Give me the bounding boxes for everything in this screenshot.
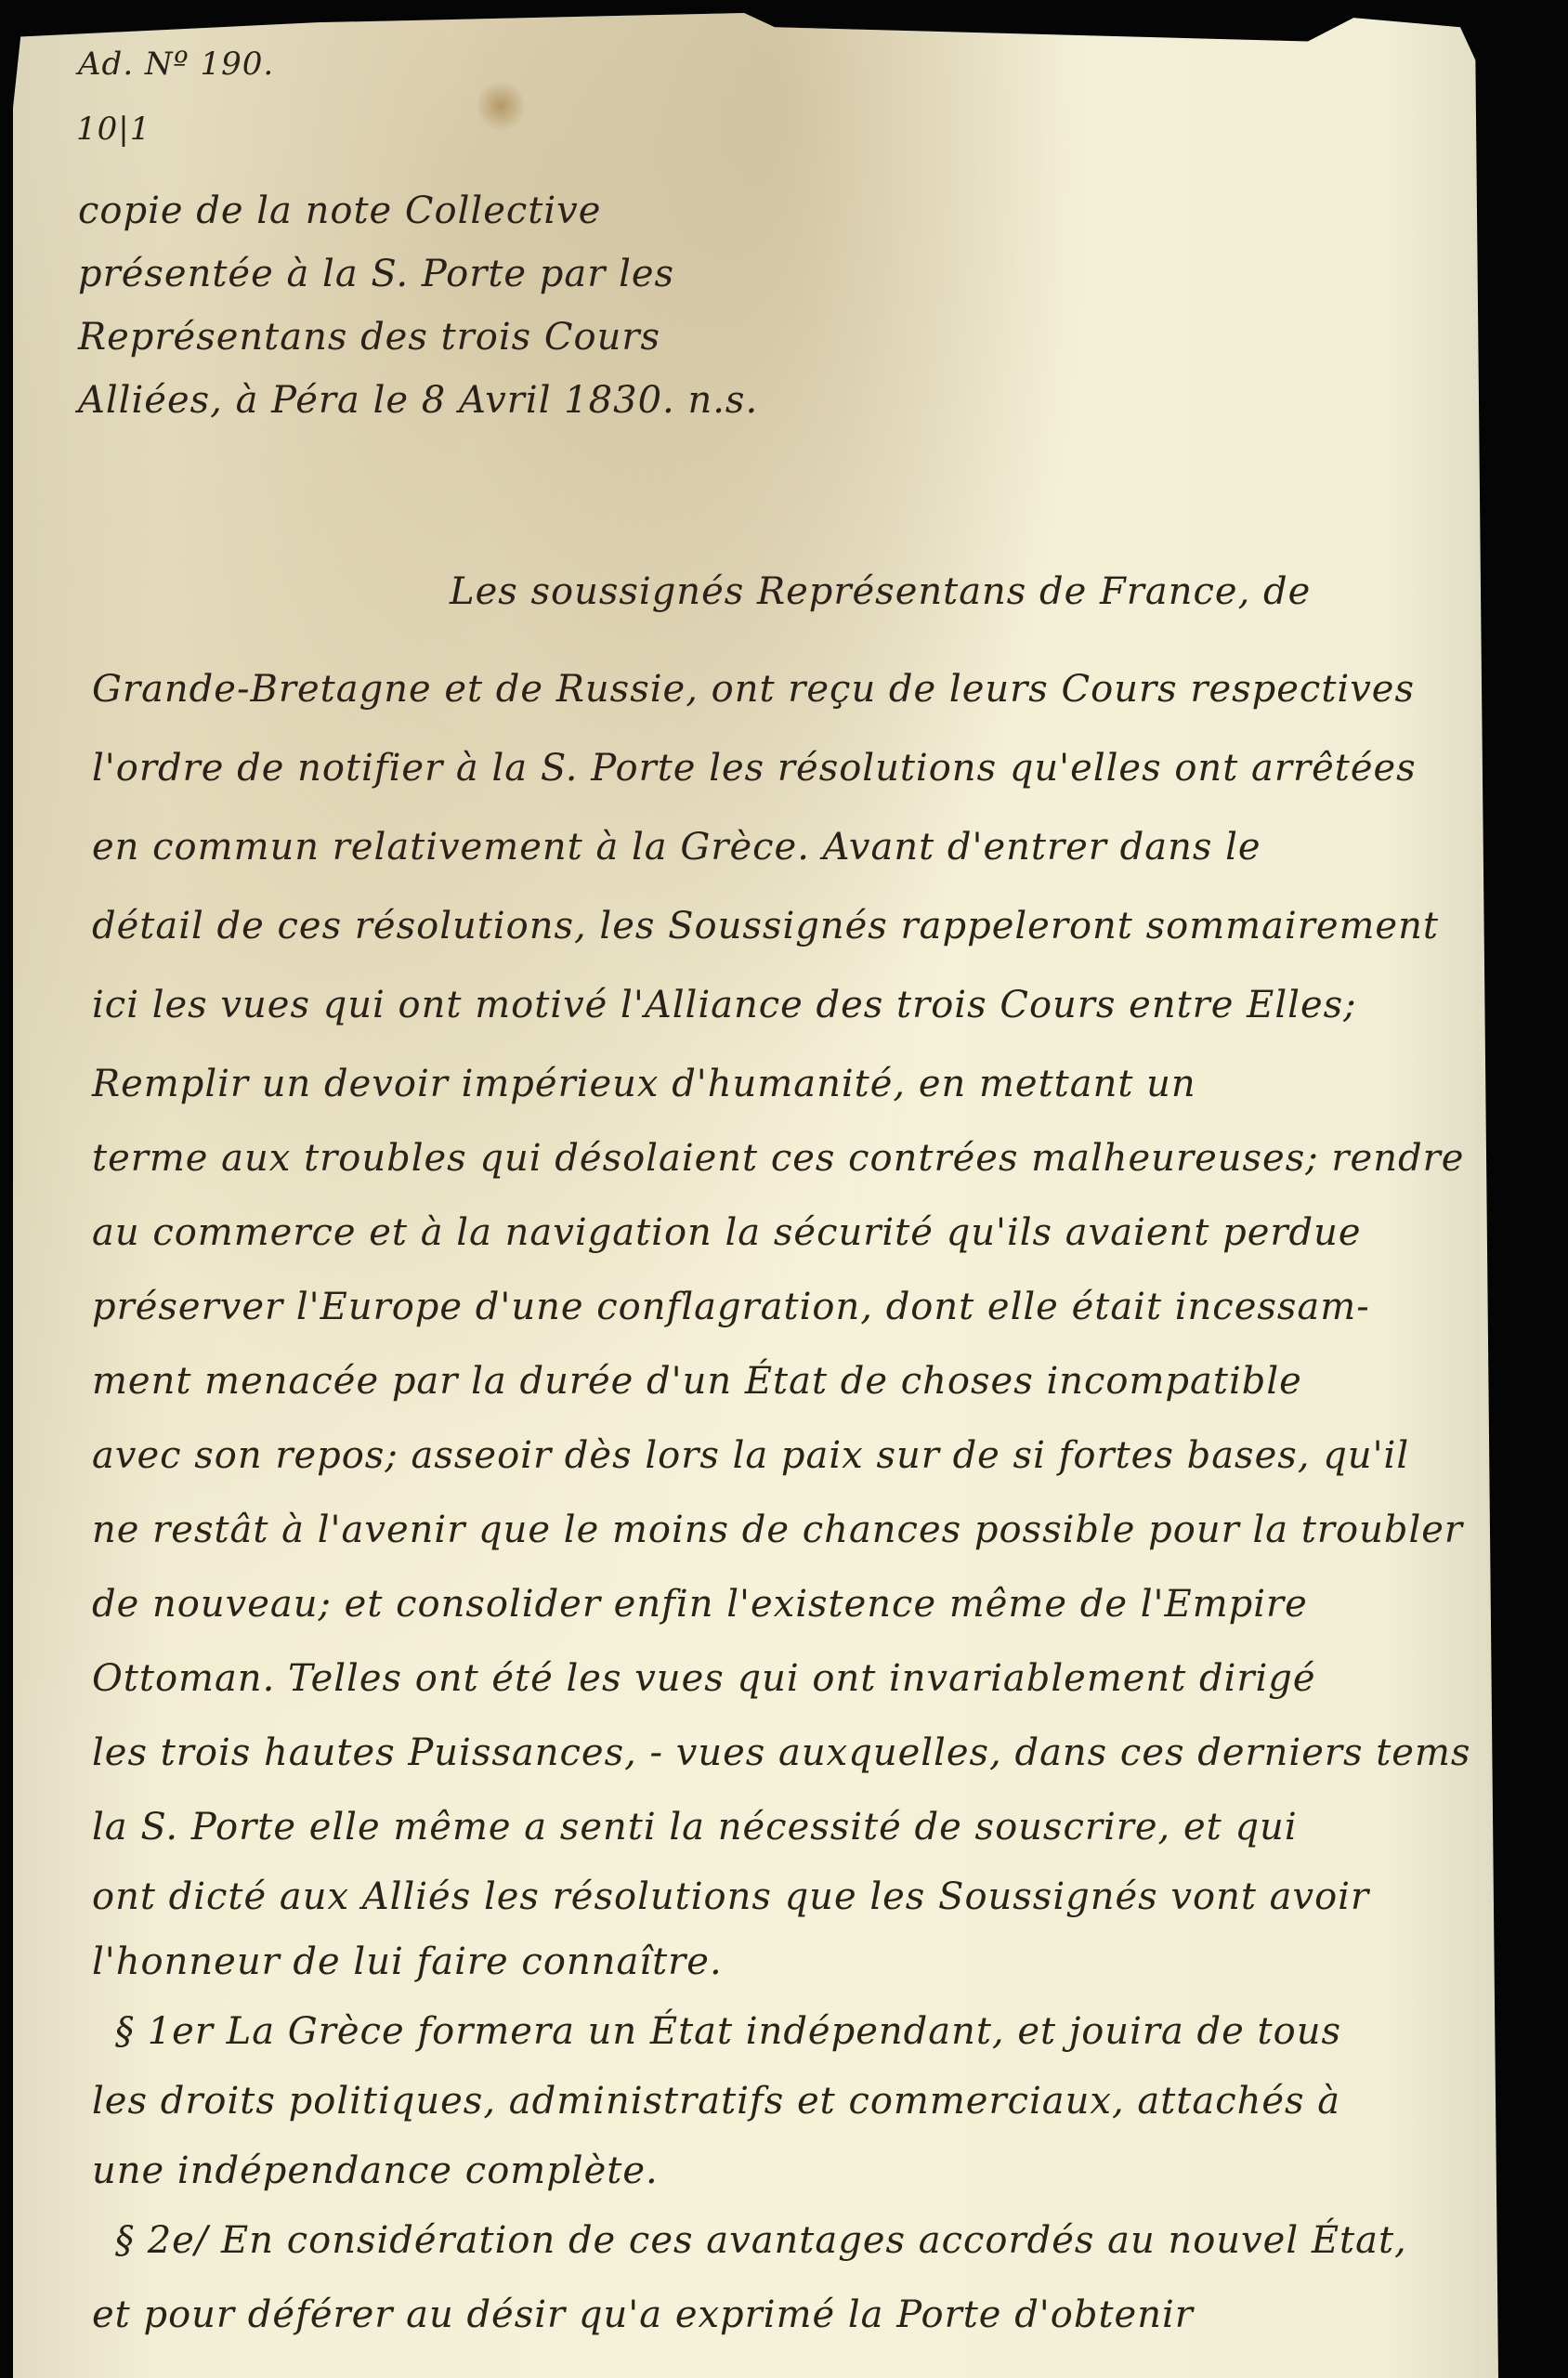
- archive-reference: Ad. Nº 190.: [78, 46, 274, 83]
- body-line: ont dicté aux Alliés les résolutions que…: [92, 1875, 1369, 1918]
- body-line: Remplir un devoir impérieux d'humanité, …: [92, 1063, 1196, 1105]
- body-line: en commun relativement à la Grèce. Avant…: [92, 826, 1261, 869]
- body-line: préserver l'Europe d'une conflagration, …: [92, 1286, 1370, 1328]
- body-line: Grande-Bretagne et de Russie, ont reçu d…: [92, 668, 1415, 711]
- body-line: une indépendance complète.: [92, 2149, 659, 2192]
- manuscript-page: Ad. Nº 190. 10|1 copie de la note Collec…: [13, 13, 1536, 2378]
- body-line: l'ordre de notifier à la S. Porte les ré…: [92, 747, 1417, 790]
- heading-line: Représentans des trois Cours: [78, 316, 660, 359]
- page-fold-edge: [1509, 50, 1512, 2372]
- body-line: la S. Porte elle même a senti la nécessi…: [92, 1806, 1298, 1849]
- heading-line: copie de la note Collective: [78, 189, 601, 232]
- body-line: ment menacée par la durée d'un État de c…: [92, 1360, 1302, 1403]
- body-line: Les soussignés Représentans de France, d…: [450, 570, 1311, 613]
- folio-number: 10|1: [76, 111, 150, 148]
- body-line: les droits politiques, administratifs et…: [92, 2080, 1340, 2123]
- heading-line: présentée à la S. Porte par les: [78, 253, 674, 295]
- article-2: § 2e/ En considération de ces avantages …: [115, 2219, 1407, 2262]
- article-1: § 1er La Grèce formera un État indépenda…: [115, 2010, 1341, 2053]
- ink-stain: [477, 78, 524, 134]
- body-line: Ottoman. Telles ont été les vues qui ont…: [92, 1657, 1316, 1700]
- body-line: ne restât à l'avenir que le moins de cha…: [92, 1509, 1463, 1551]
- body-line: détail de ces résolutions, les Soussigné…: [92, 905, 1439, 947]
- body-line: les trois hautes Puissances, - vues auxq…: [92, 1731, 1470, 1774]
- body-line: au commerce et à la navigation la sécuri…: [92, 1211, 1362, 1254]
- body-line: avec son repos; asseoir dès lors la paix…: [92, 1434, 1409, 1477]
- body-line: ici les vues qui ont motivé l'Alliance d…: [92, 984, 1357, 1026]
- body-line: l'honneur de lui faire connaître.: [92, 1940, 723, 1983]
- body-line: et pour déférer au désir qu'a exprimé la…: [92, 2293, 1194, 2336]
- heading-line: Alliées, à Péra le 8 Avril 1830. n.s.: [78, 379, 758, 422]
- body-line: de nouveau; et consolider enfin l'existe…: [92, 1583, 1308, 1626]
- body-line: terme aux troubles qui désolaient ces co…: [92, 1137, 1464, 1180]
